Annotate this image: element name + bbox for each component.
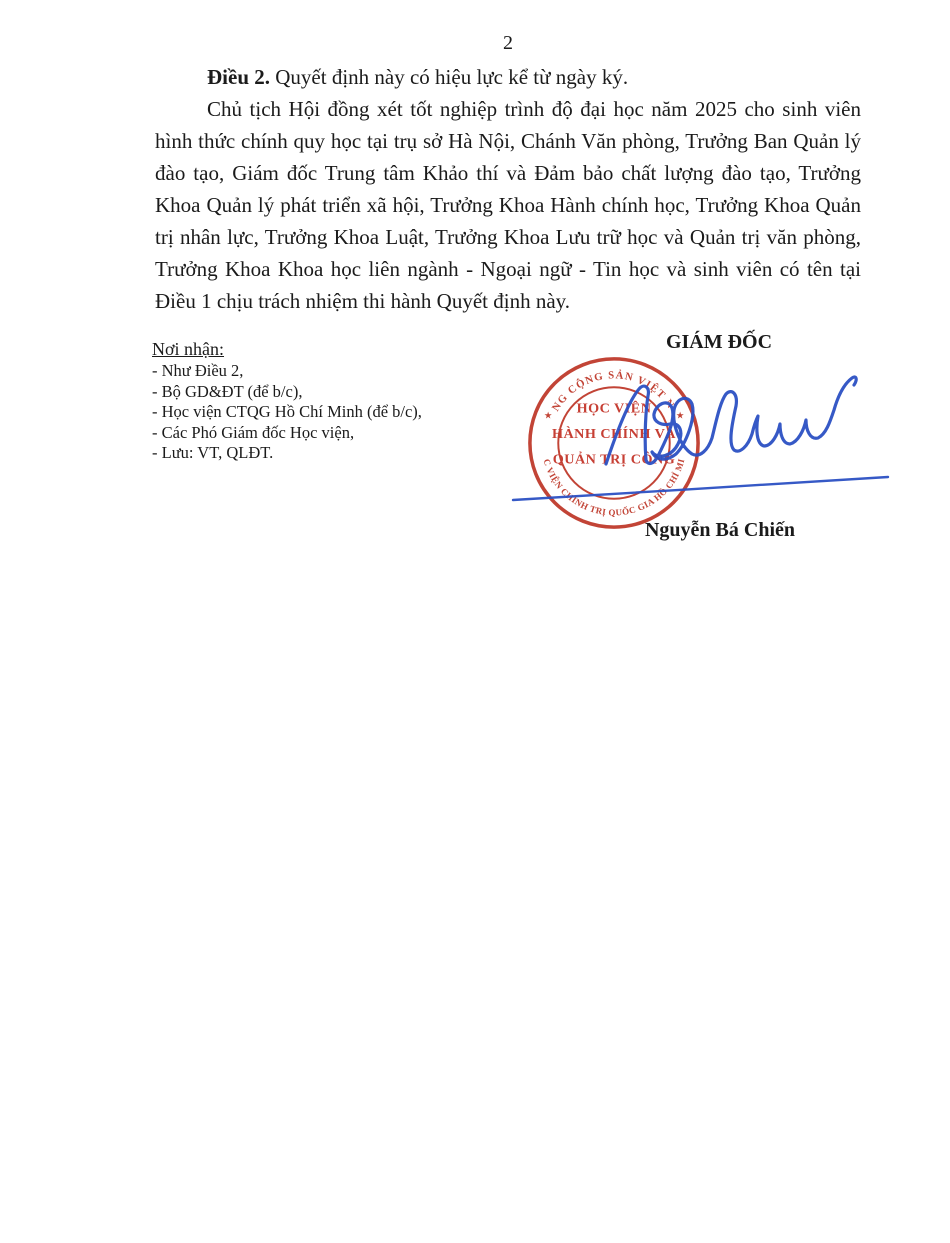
handwritten-signature	[500, 358, 900, 508]
article-2-paragraph: Điều 2. Quyết định này có hiệu lực kể từ…	[155, 61, 861, 93]
article-2-text: Quyết định này có hiệu lực kể từ ngày ký…	[270, 65, 628, 89]
recipient-item: - Bộ GD&ĐT (để b/c),	[152, 382, 482, 403]
signature-underline	[513, 477, 888, 500]
recipient-item: - Các Phó Giám đốc Học viện,	[152, 423, 482, 444]
signature-scribble	[606, 377, 856, 464]
document-page: 2 Điều 2. Quyết định này có hiệu lực kể …	[0, 0, 950, 1243]
responsibility-paragraph: Chủ tịch Hội đồng xét tốt nghiệp trình đ…	[155, 93, 861, 317]
page-number: 2	[155, 32, 861, 55]
recipients-heading: Nơi nhận:	[152, 337, 482, 361]
recipients-list: - Như Điều 2, - Bộ GD&ĐT (để b/c), - Học…	[152, 361, 482, 464]
document-body: Điều 2. Quyết định này có hiệu lực kể từ…	[155, 61, 861, 317]
director-title: GIÁM ĐỐC	[614, 331, 824, 354]
recipient-item: - Lưu: VT, QLĐT.	[152, 443, 482, 464]
recipients-section: Nơi nhận: - Như Điều 2, - Bộ GD&ĐT (để b…	[152, 337, 482, 464]
recipient-item: - Học viện CTQG Hồ Chí Minh (để b/c),	[152, 402, 482, 423]
recipient-item: - Như Điều 2,	[152, 361, 482, 382]
article-2-label: Điều 2.	[207, 65, 270, 89]
